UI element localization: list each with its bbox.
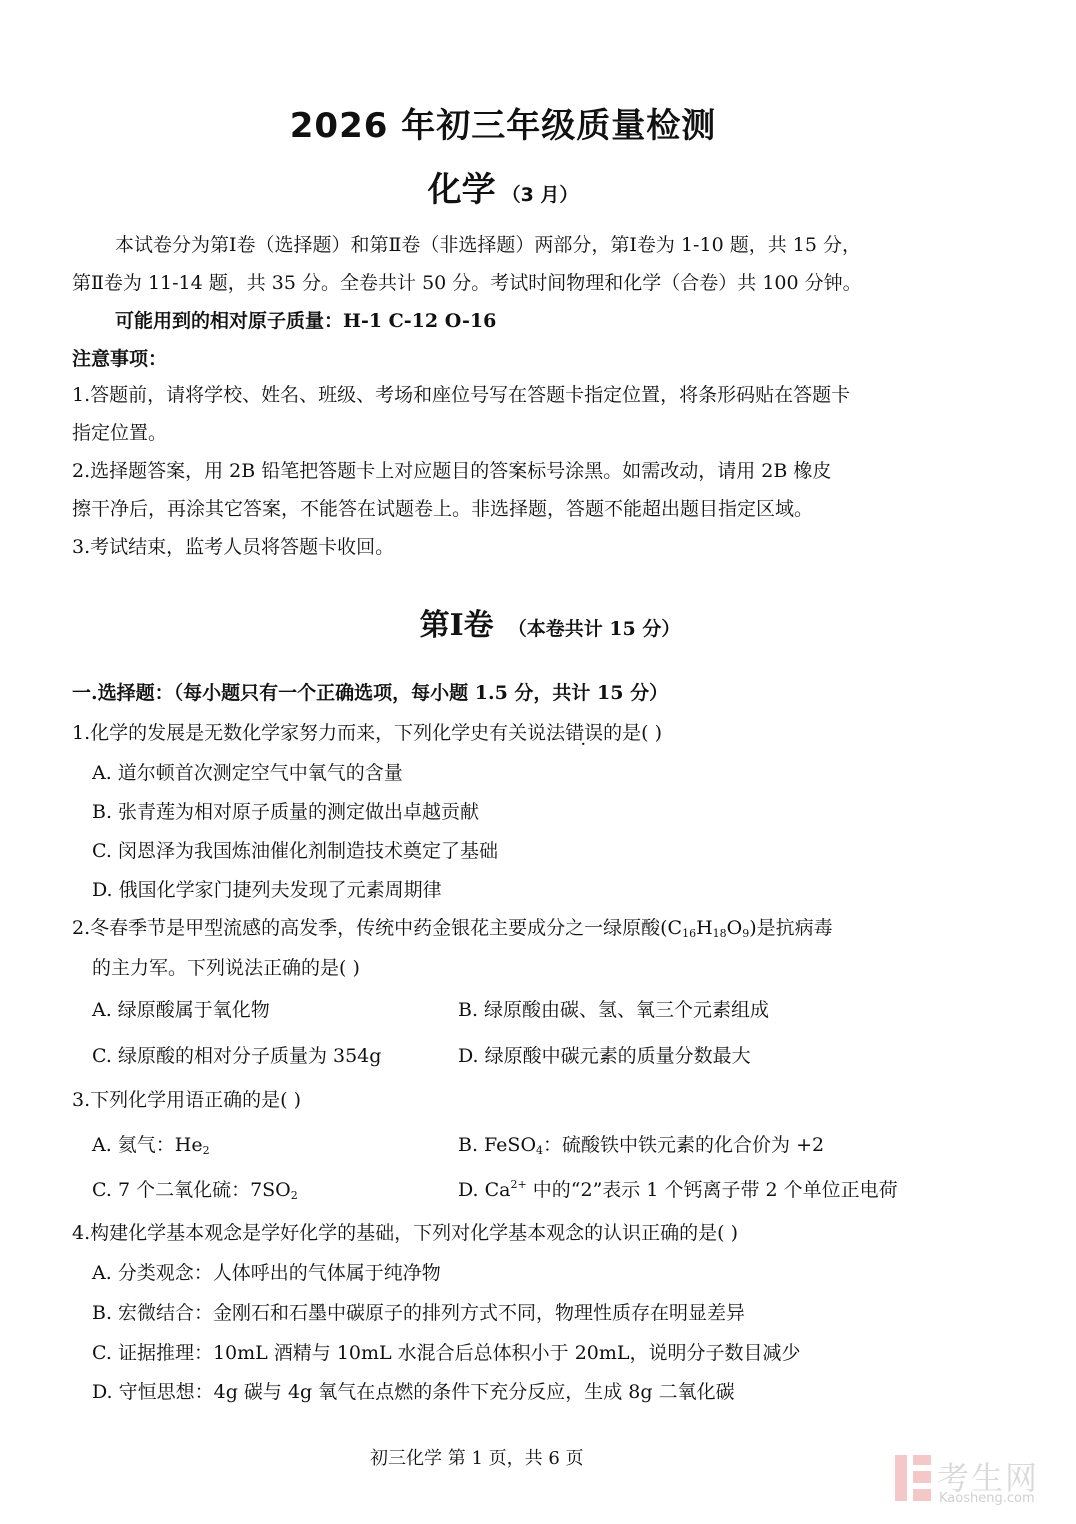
question-1-emphasis: 错误: [565, 722, 603, 744]
question-4-option-c: C. 证据推理：10mL 酒精与 10mL 水混合后总体积小于 20mL，说明分…: [92, 1338, 801, 1365]
question-1-option-c: C. 闵恩泽为我国炼油催化剂制造技术奠定了基础: [92, 836, 498, 863]
question-3-option-a: A. 氦气：He2: [92, 1130, 210, 1157]
option-text: ：硫酸铁中铁元素的化合价为 +2: [543, 1134, 824, 1156]
watermark-logo-icon: [895, 1455, 931, 1501]
question-4-stem: 4.构建化学基本观念是学好化学的基础，下列对化学基本观念的认识正确的是( ): [72, 1218, 738, 1245]
note-item: 1.答题前，请将学校、姓名、班级、考场和座位号写在答题卡指定位置，将条形码贴在答…: [72, 380, 850, 407]
option-text: 中的“2”表示 1 个钙离子带 2 个单位正电荷: [527, 1179, 898, 1201]
note-item: 指定位置。: [72, 418, 167, 445]
intro-line-1: 本试卷分为第Ⅰ卷（选择题）和第Ⅱ卷（非选择题）两部分，第Ⅰ卷为 1-10 题，共…: [115, 230, 861, 257]
question-3-option-b: B. FeSO4：硫酸铁中铁元素的化合价为 +2: [458, 1130, 824, 1157]
question-1-option-b: B. 张青莲为相对原子质量的测定做出卓越贡献: [92, 797, 479, 824]
formula-subscript: 16: [682, 927, 696, 940]
question-2-option-a: A. 绿原酸属于氧化物: [92, 995, 270, 1022]
question-3-option-c: C. 7 个二氧化硫：7SO2: [92, 1175, 298, 1202]
section-title: 第Ⅰ卷（本卷共计 15 分）: [0, 600, 1076, 644]
watermark-domain: Kaosheng.com: [939, 1491, 1035, 1506]
question-2-option-d: D. 绿原酸中碳元素的质量分数最大: [458, 1041, 751, 1068]
question-1-option-d: D. 俄国化学家门捷列夫发现了元素周期律: [92, 875, 442, 902]
question-1-stem: 1.化学的发展是无数化学家努力而来，下列化学史有关说法错误的是( ): [72, 718, 662, 745]
note-item: 3.考试结束，监考人员将答题卡收回。: [72, 532, 394, 559]
note-item: 擦干净后，再涂其它答案，不能答在试题卷上。非选择题，答题不能超出题目指定区域。: [72, 494, 813, 521]
formula-subscript: 2: [203, 1144, 210, 1157]
section-note: （本卷共计 15 分）: [508, 618, 681, 640]
ion-charge-superscript: 2+: [511, 1178, 527, 1191]
option-text: B. FeSO: [458, 1134, 536, 1156]
page-footer: 初三化学 第 1 页，共 6 页: [370, 1444, 584, 1470]
question-2-stem: 2.冬春季节是甲型流感的高发季，传统中药金银花主要成分之一绿原酸(C16H18O…: [72, 913, 833, 940]
question-1-stem-text: 1.化学的发展是无数化学家努力而来，下列化学史有关说法: [72, 722, 565, 744]
part-heading: 一.选择题：（每小题只有一个正确选项，每小题 1.5 分，共计 15 分）: [72, 678, 668, 705]
option-text: A. 氦气：He: [92, 1134, 203, 1156]
question-3-stem: 3.下列化学用语正确的是( ): [72, 1085, 301, 1112]
subject-title: 化学（3 月）: [0, 162, 1006, 211]
question-2-stem-tail: )是抗病毒: [749, 917, 832, 939]
question-4-option-b: B. 宏微结合：金刚石和石墨中碳原子的排列方式不同，物理性质存在明显差异: [92, 1298, 745, 1325]
formula-subscript: 2: [291, 1189, 298, 1202]
exam-month: （3 月）: [502, 184, 579, 206]
formula-element: H: [696, 917, 713, 939]
part-heading-label: 一.选择题：: [72, 682, 174, 704]
question-2-stem-text: 2.冬春季节是甲型流感的高发季，传统中药金银花主要成分之一绿原酸(C: [72, 917, 682, 939]
notes-heading: 注意事项：: [72, 344, 167, 371]
subject-name: 化学: [428, 170, 496, 210]
atomic-mass-line: 可能用到的相对原子质量：H-1 C-12 O-16: [115, 306, 496, 333]
option-text: D. Ca: [458, 1179, 511, 1201]
part-heading-note: （每小题只有一个正确选项，每小题 1.5 分，共计 15 分）: [174, 682, 668, 704]
question-2-option-b: B. 绿原酸由碳、氢、氧三个元素组成: [458, 995, 769, 1022]
question-1-stem-tail: 的是( ): [603, 722, 662, 744]
note-item: 2.选择题答案，用 2B 铅笔把答题卡上对应题目的答案标号涂黑。如需改动，请用 …: [72, 456, 831, 483]
formula-subscript: 18: [713, 927, 727, 940]
formula-subscript: 4: [536, 1144, 543, 1157]
question-2-option-c: C. 绿原酸的相对分子质量为 354g: [92, 1041, 381, 1068]
question-1-option-a: A. 道尔顿首次测定空气中氧气的含量: [92, 758, 403, 785]
question-4-option-d: D. 守恒思想：4g 碳与 4g 氧气在点燃的条件下充分反应，生成 8g 二氧化…: [92, 1377, 735, 1404]
intro-line-2: 第Ⅱ卷为 11-14 题，共 35 分。全卷共计 50 分。考试时间物理和化学（…: [72, 268, 862, 295]
exam-title: 2026 年初三年级质量检测: [0, 98, 1006, 147]
question-2-stem-line-2: 的主力军。下列说法正确的是( ): [92, 953, 360, 980]
question-3-option-d: D. Ca2+ 中的“2”表示 1 个钙离子带 2 个单位正电荷: [458, 1175, 898, 1202]
option-text: C. 7 个二氧化硫：7SO: [92, 1179, 291, 1201]
section-name: 第Ⅰ卷: [420, 608, 494, 643]
formula-element: O: [727, 917, 743, 939]
question-4-option-a: A. 分类观念：人体呼出的气体属于纯净物: [92, 1258, 441, 1285]
